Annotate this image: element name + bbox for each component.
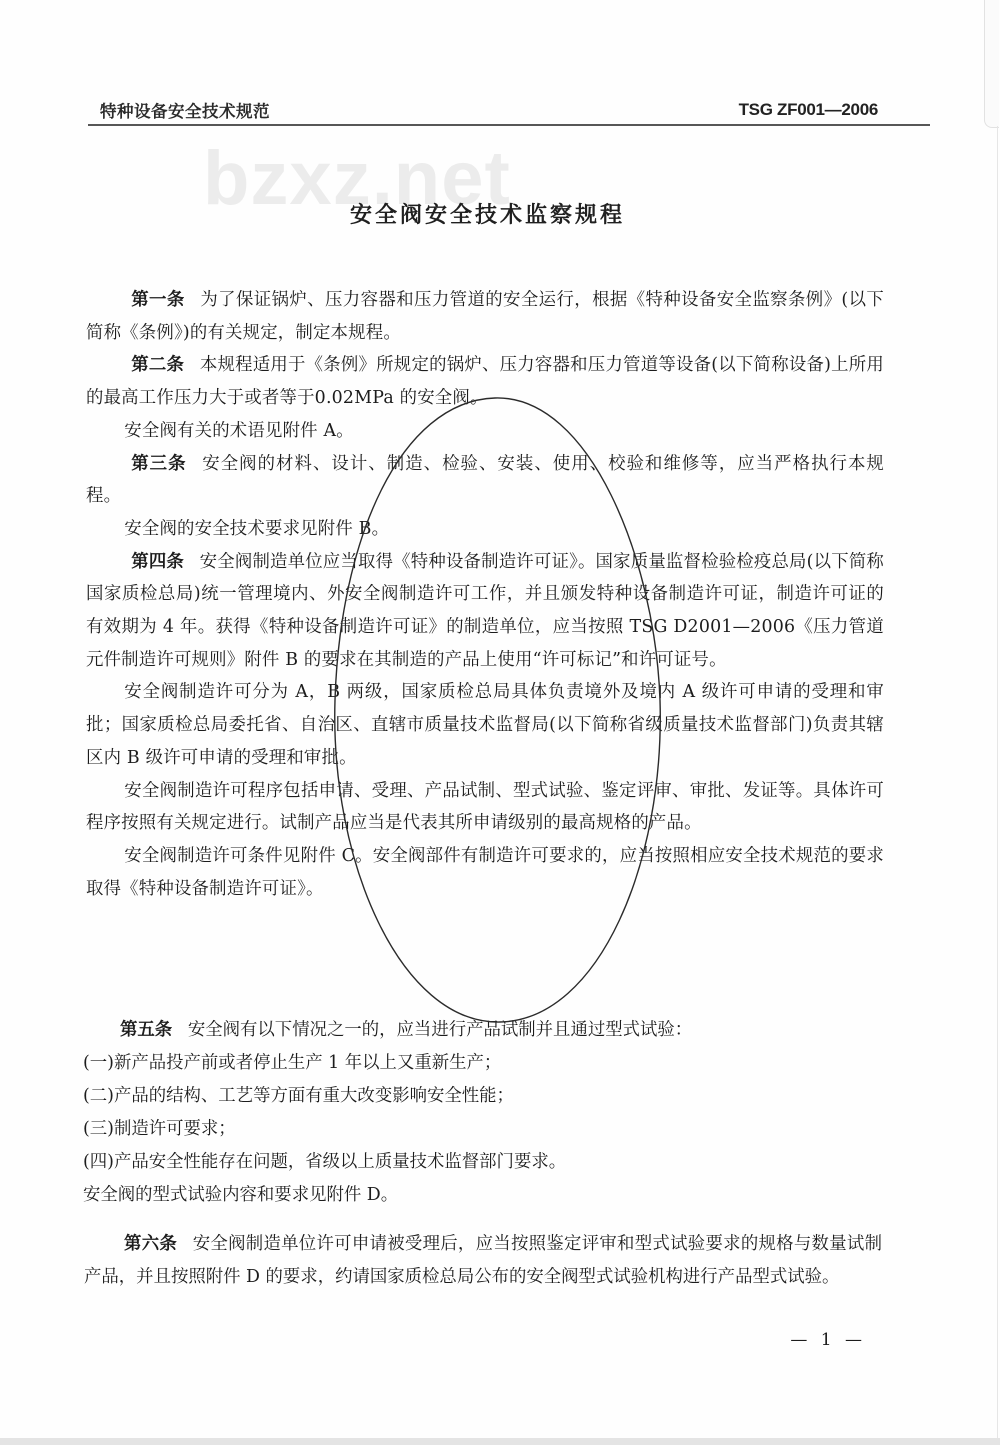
article-6: 第六条安全阀制造单位许可申请被受理后，应当按照鉴定评审和型式试验要求的规格与数量… (84, 1228, 882, 1293)
page-number: — 1 — (790, 1330, 866, 1350)
document-code: TSG ZF001—2006 (739, 100, 878, 120)
list-item: (二)产品的结构、工艺等方面有重大改变影响安全性能； (83, 1080, 900, 1113)
page-bottom-edge (0, 1438, 1000, 1445)
article-4: 第四条安全阀制造单位应当取得《特种设备制造许可证》。国家质量监督检验检疫总局(以… (86, 546, 884, 677)
paragraph: 安全阀的安全技术要求见附件 B。 (86, 513, 884, 546)
series-title: 特种设备安全技术规范 (100, 98, 270, 122)
list-item: (一)新产品投产前或者停止生产 1 年以上又重新生产； (83, 1047, 900, 1080)
article-label: 第五条 (120, 1020, 172, 1040)
list-item: (四)产品安全性能存在问题，省级以上质量技术监督部门要求。 (83, 1146, 900, 1179)
article-2: 第二条本规程适用于《条例》所规定的锅炉、压力容器和压力管道等设备(以下简称设备)… (86, 349, 884, 414)
article-label: 第三条 (131, 454, 186, 474)
scrollbar-track[interactable] (997, 126, 998, 1438)
article-3: 第三条安全阀的材料、设计、制造、检验、安装、使用、校验和维修等，应当严格执行本规… (86, 448, 884, 513)
article-label: 第一条 (131, 290, 184, 310)
article-text: 本规程适用于《条例》所规定的锅炉、压力容器和压力管道等设备(以下简称设备)上所用… (86, 355, 884, 408)
scrollbar-thumb[interactable] (984, 0, 999, 128)
article-label: 第六条 (124, 1234, 177, 1254)
header-rule (88, 124, 930, 126)
article-label: 第四条 (131, 552, 184, 572)
paragraph: 安全阀制造许可分为 A，B 两级，国家质检总局具体负责境外及境内 A 级许可申请… (86, 676, 884, 774)
article-text: 安全阀有以下情况之一的，应当进行产品试制并且通过型式试验： (188, 1020, 692, 1040)
paragraph: 安全阀制造许可程序包括申请、受理、产品试制、型式试验、鉴定评审、审批、发证等。具… (86, 775, 884, 840)
list-item: (三)制造许可要求； (83, 1113, 900, 1146)
article-5: 第五条安全阀有以下情况之一的，应当进行产品试制并且通过型式试验： (一)新产品投… (120, 1014, 900, 1212)
paragraph: 安全阀有关的术语见附件 A。 (86, 415, 884, 448)
document-page: 特种设备安全技术规范 TSG ZF001—2006 bzxz.net 安全阀安全… (0, 0, 1000, 1438)
article-label: 第二条 (131, 355, 184, 375)
article-1: 第一条为了保证锅炉、压力容器和压力管道的安全运行，根据《特种设备安全监察条例》(… (86, 284, 884, 349)
article-text: 为了保证锅炉、压力容器和压力管道的安全运行，根据《特种设备安全监察条例》(以下简… (86, 290, 884, 343)
article-text: 安全阀制造单位许可申请被受理后，应当按照鉴定评审和型式试验要求的规格与数量试制产… (84, 1234, 882, 1287)
paragraph: 安全阀的型式试验内容和要求见附件 D。 (83, 1179, 900, 1212)
paragraph: 安全阀制造许可条件见附件 C。安全阀部件有制造许可要求的，应当按照相应安全技术规… (86, 840, 884, 905)
article-text: 安全阀制造单位应当取得《特种设备制造许可证》。国家质量监督检验检疫总局(以下简称… (86, 552, 884, 670)
article-text: 安全阀的材料、设计、制造、检验、安装、使用、校验和维修等，应当严格执行本规程。 (86, 454, 884, 507)
document-title: 安全阀安全技术监察规程 (0, 198, 975, 229)
body-text: 第一条为了保证锅炉、压力容器和压力管道的安全运行，根据《特种设备安全监察条例》(… (86, 284, 884, 905)
